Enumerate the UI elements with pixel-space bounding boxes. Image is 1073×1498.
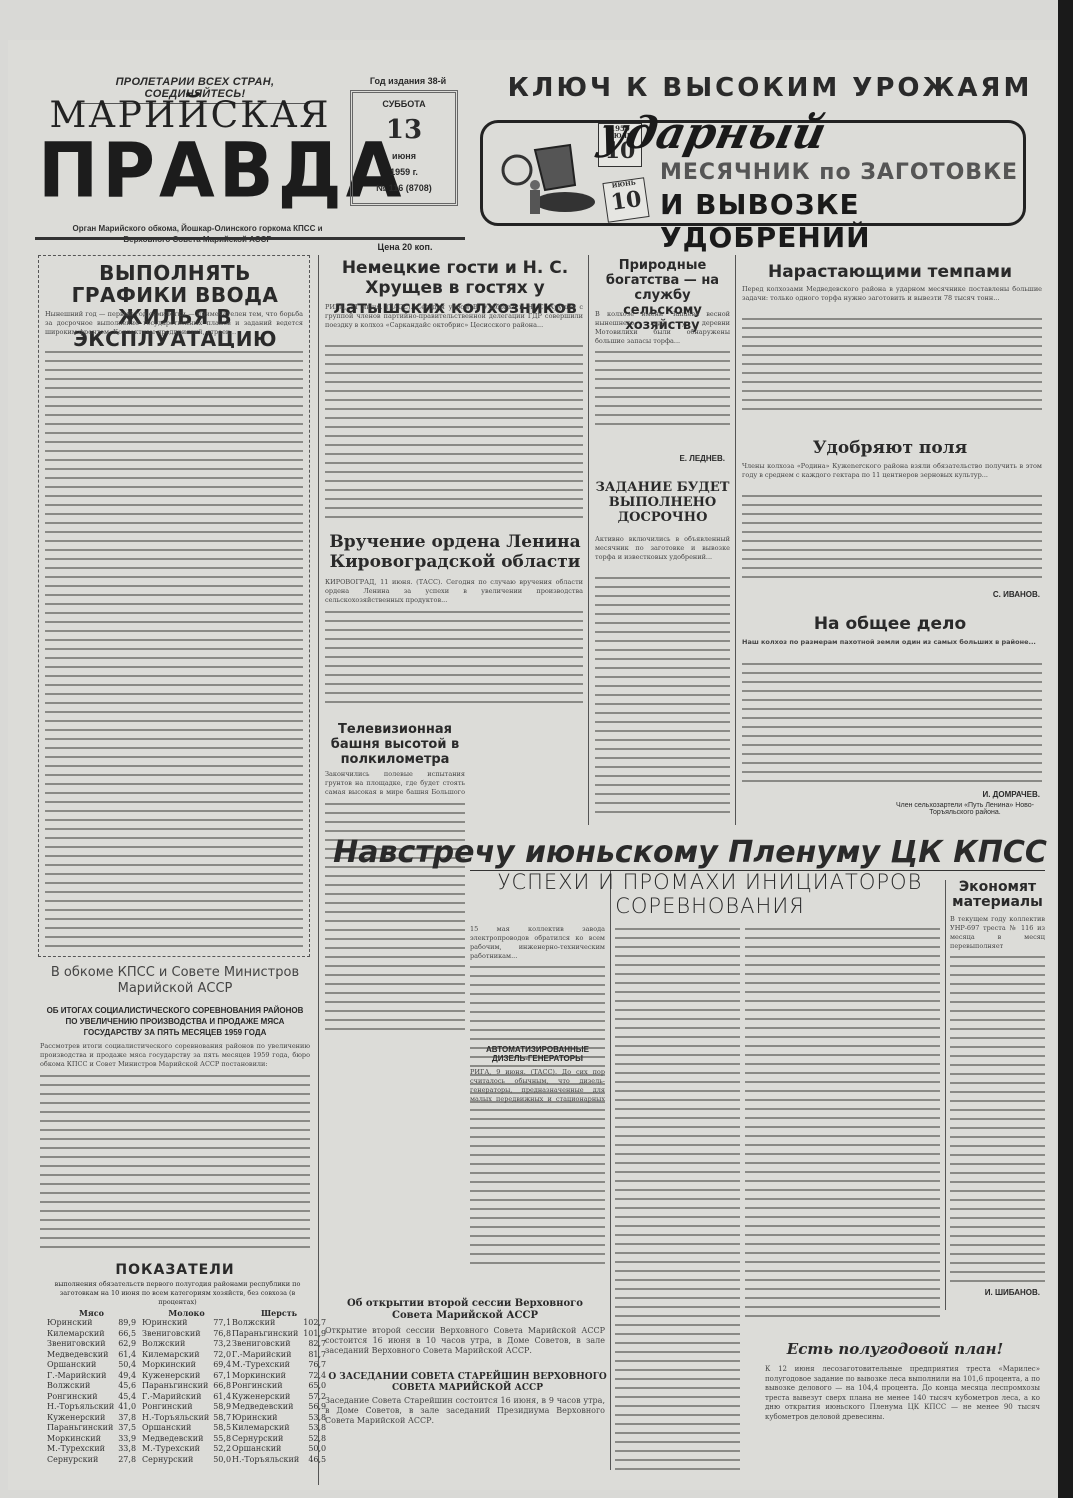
banner-line3: И ВЫВОЗКЕ УДОБРЕНИЙ bbox=[660, 188, 1073, 254]
tractor-illustration-icon bbox=[495, 140, 600, 215]
column-divider bbox=[588, 255, 589, 825]
table-row: Юринский53,8 bbox=[230, 1413, 328, 1424]
table-row: Волжский45,6 bbox=[45, 1381, 138, 1392]
half-year-body: К 12 июня лесозаготовительные предприяти… bbox=[765, 1365, 1040, 1425]
initiators-title: УСПЕХИ И ПРОМАХИ ИНИЦИАТОРОВ СОРЕВНОВАНИ… bbox=[470, 870, 950, 918]
initiators-body-col2 bbox=[615, 925, 740, 1475]
publisher-organ: Орган Марийского обкома, Йошкар-Олинског… bbox=[55, 223, 340, 245]
tv-tower-title: Телевизионная башня высотой в полкиломет… bbox=[325, 722, 465, 767]
lenin-order-intro: КИРОВОГРАД, 11 июня. (ТАСС). Сегодня по … bbox=[325, 578, 583, 606]
plenum-section-header: Навстречу июньскому Пленуму ЦК КПСС bbox=[330, 835, 1050, 870]
table-row: Килемарский66,5 bbox=[45, 1329, 138, 1340]
ahead-article-title: ЗАДАНИЕ БУДЕТ ВЫПОЛНЕНО ДОСРОЧНО bbox=[595, 480, 730, 525]
table-row: Моркинский69,4 bbox=[140, 1360, 233, 1371]
common-cause-author: И. ДОМРАЧЕВ. bbox=[900, 790, 1040, 799]
obkom-kicker: В обкоме КПСС и Совете Министров Марийск… bbox=[40, 965, 310, 997]
masthead-rule bbox=[35, 237, 465, 240]
banner-script-word: ударный bbox=[595, 108, 831, 159]
calendar-june-icon: ИЮНЬ 10 bbox=[602, 177, 649, 222]
indicators-group: МолокоЮринский77,1Звениговский76,8Волжск… bbox=[140, 1308, 233, 1465]
savings-title: Экономят материалы bbox=[950, 880, 1045, 910]
table-row: М.-Туреxский76,7 bbox=[230, 1360, 328, 1371]
table-row: Ронгинский45,4 bbox=[45, 1392, 138, 1403]
session-title: Об открытии второй сессии Верховного Сов… bbox=[325, 1298, 605, 1322]
fertilize-article-title: Удобряют поля bbox=[740, 438, 1040, 458]
indicators-group: МясоЮринский89,9Килемарский66,5Звениговс… bbox=[45, 1308, 138, 1465]
table-row: Параньгинский66,8 bbox=[140, 1381, 233, 1392]
tv-tower-intro: Закончились полевые испытания грунтов на… bbox=[325, 770, 465, 798]
newspaper-title-line2: ПРАВДА bbox=[38, 126, 338, 214]
obkom-title: ОБ ИТОГАХ СОЦИАЛИСТИЧЕСКОГО СОРЕВНОВАНИЯ… bbox=[40, 1005, 310, 1038]
fertilize-article-intro: Члены колхоза «Родина» Кужenerского райо… bbox=[742, 462, 1042, 490]
banner-line2: МЕСЯЧНИК по ЗАГОТОВКЕ bbox=[660, 160, 1018, 185]
elders-title: О ЗАСЕДАНИИ СОВЕТА СТАРЕЙШИН ВЕРХОВНОГО … bbox=[325, 1372, 610, 1394]
ahead-article-intro: Активно включились в объявленный месячни… bbox=[595, 535, 730, 571]
tempo-article-body bbox=[742, 315, 1042, 410]
table-row: Сернурский52,8 bbox=[230, 1434, 328, 1445]
table-row: Звениговский62,9 bbox=[45, 1339, 138, 1350]
indicators-group: ШерстьВолжский102,7Параньгинский101,9Зве… bbox=[230, 1308, 328, 1465]
column-divider bbox=[318, 255, 319, 1485]
table-row: Сернурский27,8 bbox=[45, 1455, 138, 1466]
initiators-body-col3 bbox=[745, 925, 940, 1320]
diesel-title: АВТОМАТИЗИРОВАННЫЕ ДИЗЕЛЬ-ГЕНЕРАТОРЫ bbox=[470, 1045, 605, 1063]
table-row: Н.-Торъяльский41,0 bbox=[45, 1402, 138, 1413]
table-row: Параньгинский37,5 bbox=[45, 1423, 138, 1434]
indicators-group-name: Мясо bbox=[45, 1308, 138, 1318]
column-divider bbox=[610, 870, 611, 1470]
table-row: Звениговский82,7 bbox=[230, 1339, 328, 1350]
table-row: М.-Туреxский33,8 bbox=[45, 1444, 138, 1455]
issue-number: № 116 (8708) bbox=[353, 183, 455, 193]
day: 13 bbox=[353, 115, 455, 145]
weekday: СУББОТА bbox=[353, 99, 455, 109]
obkom-body bbox=[40, 1072, 310, 1252]
indicators-subtitle: выполнения обязательств первого полугоди… bbox=[50, 1280, 305, 1307]
table-row: Сернурский50,0 bbox=[140, 1455, 233, 1466]
table-row: Звениговский76,8 bbox=[140, 1329, 233, 1340]
obkom-intro: Рассмотрев итоги социалистического сорев… bbox=[40, 1042, 310, 1070]
table-row: Юринский77,1 bbox=[140, 1318, 233, 1329]
common-cause-body bbox=[742, 660, 1042, 785]
elders-body: Заседание Совета Старейшин состоится 16 … bbox=[325, 1396, 605, 1436]
ahead-article-body bbox=[595, 574, 730, 814]
table-row: Г.-Марийский81,7 bbox=[230, 1350, 328, 1361]
lenin-order-title: Вручение ордена Ленина Кировоградской об… bbox=[325, 532, 585, 572]
fertilize-author: С. ИВАНОВ. bbox=[900, 590, 1040, 599]
date-box: СУББОТА 13 июня 1959 г. № 116 (8708) bbox=[350, 90, 458, 206]
table-row: Моркинский33,9 bbox=[45, 1434, 138, 1445]
session-body: Открытие второй сессии Верховного Совета… bbox=[325, 1326, 605, 1366]
initiators-intro: 15 мая коллектив завода электропроводов … bbox=[470, 925, 605, 961]
table-row: Оршанский50,4 bbox=[45, 1360, 138, 1371]
table-row: Оршанский58,5 bbox=[140, 1423, 233, 1434]
khrushchev-article-body bbox=[325, 342, 583, 520]
common-cause-author-role: Член сельхозартели «Путь Ленина» Ново-То… bbox=[890, 802, 1040, 816]
year-of-issue: Год издания 38-й bbox=[348, 76, 468, 86]
savings-author: И. ШИБАНОВ. bbox=[950, 1288, 1040, 1297]
table-row: Параньгинский101,9 bbox=[230, 1329, 328, 1340]
table-row: Оршанский50,0 bbox=[230, 1444, 328, 1455]
fertilize-article-body bbox=[742, 492, 1042, 582]
table-row: Волжский102,7 bbox=[230, 1318, 328, 1329]
indicators-group-name: Шерсть bbox=[230, 1308, 328, 1318]
savings-body bbox=[950, 953, 1045, 1283]
indicators-group-name: Молоко bbox=[140, 1308, 233, 1318]
table-row: Медведевский61,4 bbox=[45, 1350, 138, 1361]
common-cause-title: На общее дело bbox=[740, 614, 1040, 634]
price: Цена 20 коп. bbox=[350, 242, 460, 252]
lead-article-body bbox=[45, 348, 303, 948]
table-row: Куженерский57,2 bbox=[230, 1392, 328, 1403]
year: 1959 г. bbox=[353, 167, 455, 177]
table-row: Н.-Торъяльский46,5 bbox=[230, 1455, 328, 1466]
table-row: Г.-Марийский49,4 bbox=[45, 1371, 138, 1382]
resources-article-body bbox=[595, 348, 730, 428]
common-cause-intro: Наш колхоз по размерам пахотной земли од… bbox=[742, 638, 1042, 658]
tempo-article-title: Нарастающими темпами bbox=[740, 262, 1040, 282]
resources-author: Е. ЛЕДНЕВ. bbox=[595, 454, 725, 463]
table-row: Г.-Марийский61,4 bbox=[140, 1392, 233, 1403]
table-row: Волжский73,2 bbox=[140, 1339, 233, 1350]
table-row: Моркинский72,4 bbox=[230, 1371, 328, 1382]
column-divider bbox=[945, 880, 946, 1310]
lenin-order-body bbox=[325, 608, 583, 708]
lead-article-intro: Нынешний год — первый год семилетки — пр… bbox=[45, 310, 303, 346]
table-row: Куженерский37,8 bbox=[45, 1413, 138, 1424]
diesel-intro: РИГА, 9 июня. (ТАСС). До сих пор считало… bbox=[470, 1068, 605, 1104]
table-row: Юринский89,9 bbox=[45, 1318, 138, 1329]
tempo-article-intro: Перед колхозами Медведевского района в у… bbox=[742, 285, 1042, 313]
table-row: Куженерский67,1 bbox=[140, 1371, 233, 1382]
half-year-title: Есть полугодовой план! bbox=[745, 1340, 1045, 1358]
resources-article-intro: В колхозе имени Чапаева весной нынешнего… bbox=[595, 310, 730, 346]
scan-edge bbox=[1058, 0, 1073, 1498]
table-row: Килемарский53,8 bbox=[230, 1423, 328, 1434]
khrushchev-article-intro: РИГА, 11 июня. (ТАСС). Сегодня утром В. … bbox=[325, 303, 583, 339]
month: июня bbox=[353, 151, 455, 161]
diesel-body bbox=[470, 1106, 605, 1271]
indicators-title: ПОКАЗАТЕЛИ bbox=[40, 1262, 310, 1278]
table-row: Килемарский72,0 bbox=[140, 1350, 233, 1361]
savings-intro: В текущем году коллектив УНР-697 треста … bbox=[950, 915, 1045, 951]
column-divider bbox=[735, 255, 736, 825]
table-row: Медведевский56,9 bbox=[230, 1402, 328, 1413]
table-row: Медведевский55,8 bbox=[140, 1434, 233, 1445]
table-row: Н.-Торъяльский58,7 bbox=[140, 1413, 233, 1424]
table-row: Ронгинский58,9 bbox=[140, 1402, 233, 1413]
table-row: М.-Туреxский52,2 bbox=[140, 1444, 233, 1455]
table-row: Ронгинский65,0 bbox=[230, 1381, 328, 1392]
banner-headline: КЛЮЧ К ВЫСОКИМ УРОЖАЯМ bbox=[490, 73, 1050, 103]
